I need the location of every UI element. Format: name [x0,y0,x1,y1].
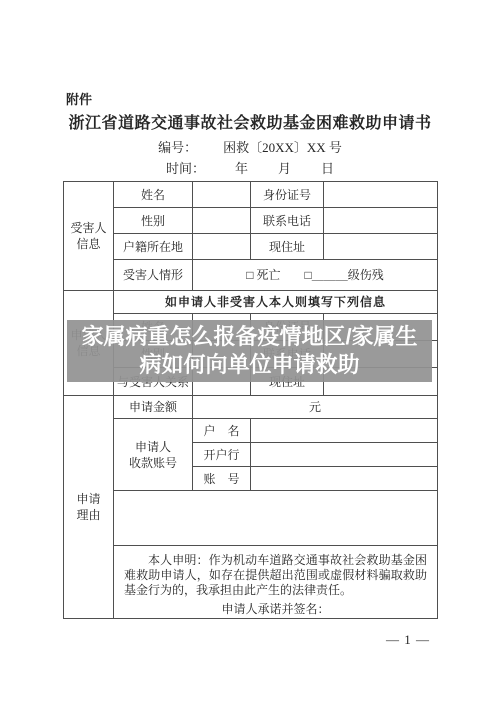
declaration-text: 本人申明：作为机动车道路交通事故社会救助基金困难救助申请人，如存在提供超出范围或… [124,553,427,598]
victim-gender-field [193,208,251,234]
account-number-field [251,467,438,491]
declaration-cell: 本人申明：作为机动车道路交通事故社会救助基金困难救助申请人，如存在提供超出范围或… [114,546,438,619]
application-form-table: 受害人 信息 姓名 身份证号 性别 联系电话 户籍所在地 现住址 受害人情形 □… [63,181,438,619]
victim-registered-field [193,234,251,260]
victim-registered-label: 户籍所在地 [114,234,193,260]
applicant-section-header: 如申请人非受害人本人则填写下列信息 [114,291,438,314]
reason-field [114,491,438,546]
overlay-text-line1: 家属病重怎么报备疫情地区/家属生 [81,324,417,350]
document-page: 附件 浙江省道路交通事故社会救助基金困难救助申请书 编号： 困救〔20XX〕XX… [0,0,500,706]
form-number-line: 编号： 困救〔20XX〕XX 号 [0,137,500,156]
victim-gender-label: 性别 [114,208,193,234]
victim-id-label: 身份证号 [251,182,324,208]
victim-id-field [324,182,438,208]
victim-name-label: 姓名 [114,182,193,208]
victim-phone-field [324,208,438,234]
date-month-label: 月 [278,158,291,177]
account-bank-field [251,443,438,467]
page-number: — 1 — [386,632,430,648]
date-day-label: 日 [321,158,334,177]
account-name-label: 户 名 [193,419,251,443]
form-number-value: 困救〔20XX〕XX 号 [223,137,342,156]
form-title: 浙江省道路交通事故社会救助基金困难救助申请书 [0,110,500,133]
amount-label: 申请金额 [114,396,193,419]
account-section-label: 申请人 收款账号 [114,419,193,491]
overlay-text-line2: 病如何向单位申请救助 [139,352,359,378]
form-number-label: 编号： [158,137,197,156]
victim-name-field [193,182,251,208]
victim-phone-label: 联系电话 [251,208,324,234]
victim-situation-label: 受害人情形 [114,260,193,291]
victim-address-label: 现住址 [251,234,324,260]
watermark-overlay-banner: 家属病重怎么报备疫情地区/家属生 病如何向单位申请救助 [67,320,432,382]
account-number-label: 账 号 [193,467,251,491]
account-name-field [251,419,438,443]
victim-section-label: 受害人 信息 [64,182,114,291]
date-label: 时间： [166,158,205,177]
account-bank-label: 开户行 [193,443,251,467]
signature-label: 申请人承诺并签名： [124,602,427,617]
amount-field: 元 [193,396,438,419]
victim-address-field [324,234,438,260]
attachment-label: 附件 [66,89,92,108]
date-year-label: 年 [235,158,248,177]
victim-situation-checkboxes: □ 死亡 □＿＿＿级伤残 [193,260,438,291]
form-date-line: 时间： 年 月 日 [0,158,500,177]
application-reason-section-label: 申请 理由 [64,396,114,619]
